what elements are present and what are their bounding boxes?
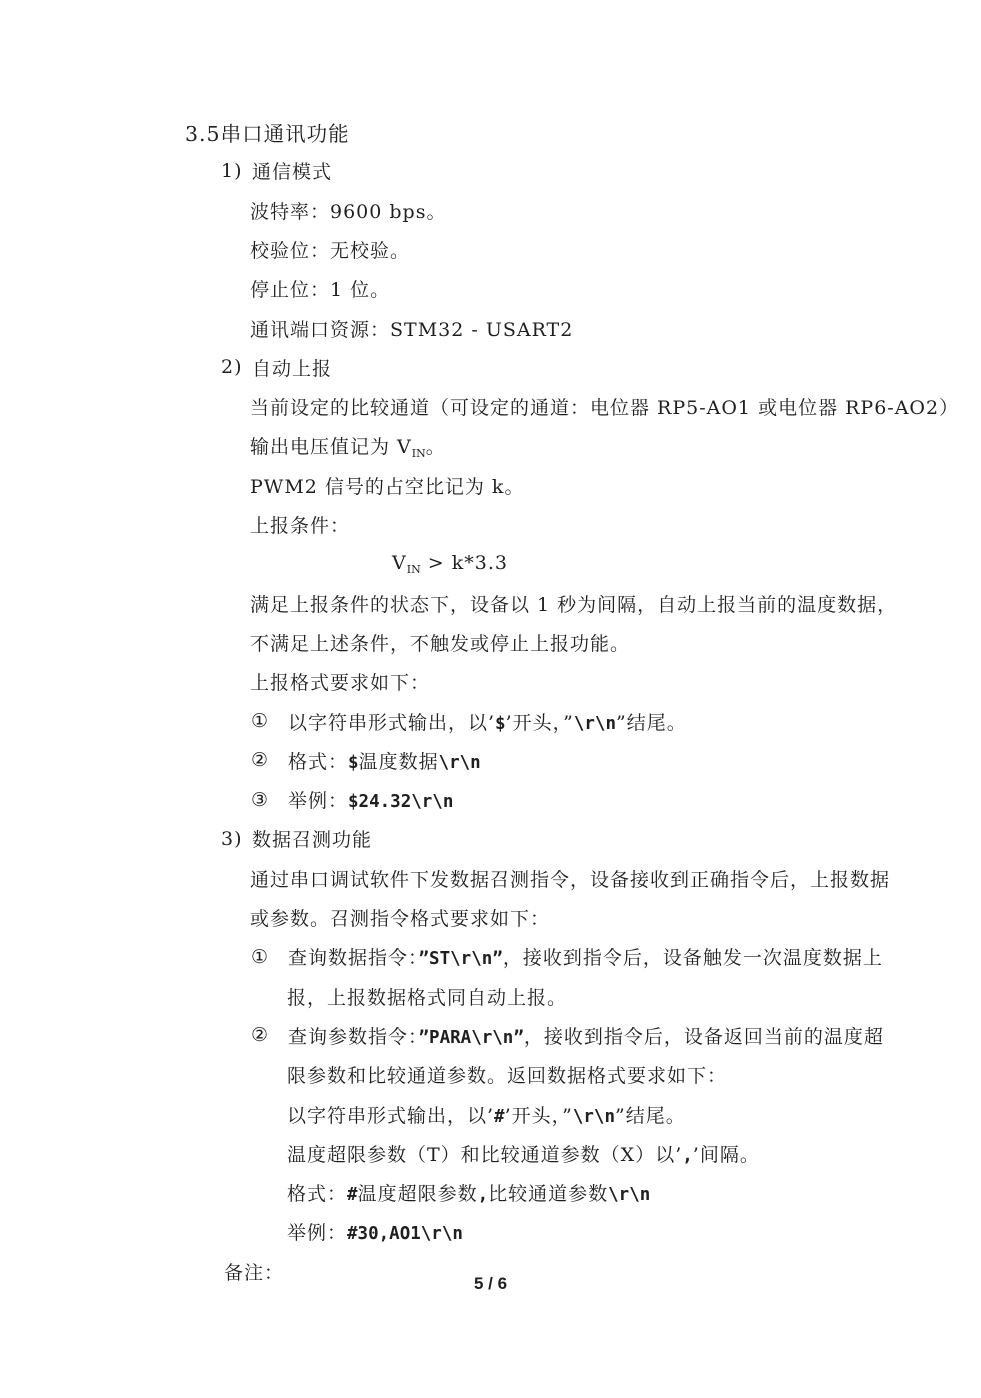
paragraph-line: 波特率：9600 bps。: [0, 191, 981, 230]
continuation-line: 限参数和比较通道参数。返回数据格式要求如下：: [0, 1055, 981, 1094]
paragraph-line: 当前设定的比较通道（可设定的通道：电位器 RP5-AO1 或电位器 RP6-AO…: [0, 387, 981, 426]
text-segments: 查询参数指令：”PARA\r\n”，接收到指令后，设备返回当前的温度超: [288, 1022, 884, 1049]
section-heading: 3.5串口通讯功能: [0, 112, 981, 151]
text-segment: 比较通道参数: [488, 1183, 608, 1205]
text-segments: 输出电压值记为 VIN。: [250, 432, 446, 460]
continuation-line: 温度超限参数（T）和比较通道参数（X）以’,’间隔。: [0, 1134, 981, 1173]
paragraph-line: PWM2 信号的占空比记为 k。: [0, 466, 981, 505]
text-segments: 举例：#30,AO1\r\n: [287, 1218, 463, 1245]
text-segments: 以字符串形式输出，以’#’开头，”\r\n”结尾。: [287, 1101, 686, 1128]
text-segment: 通过串口调试软件下发数据召测指令，设备接收到正确指令后，上报数据: [250, 869, 890, 891]
text-segments: 波特率：9600 bps。: [250, 197, 446, 224]
paragraph-line: 上报格式要求如下：: [0, 662, 981, 701]
text-segments: 或参数。召测指令格式要求如下：: [250, 904, 550, 931]
code-text: ,: [682, 1146, 693, 1166]
text-segment: 满足上报条件的状态下，设备以 1 秒为间隔，自动上报当前的温度数据，: [250, 594, 897, 616]
text-segment: 以字符串形式输出，以’: [287, 1105, 494, 1127]
code-text: \r\n: [608, 1185, 650, 1205]
paragraph-line: 满足上报条件的状态下，设备以 1 秒为间隔，自动上报当前的温度数据，: [0, 584, 981, 623]
text-segments: 格式：#温度超限参数,比较通道参数\r\n: [287, 1179, 650, 1206]
text-segments: 温度超限参数（T）和比较通道参数（X）以’,’间隔。: [287, 1140, 760, 1167]
circled-list-item: ③举例：$24.32\r\n: [0, 780, 981, 819]
list-marker: 2): [221, 356, 252, 378]
code-text: $: [495, 714, 506, 734]
paragraph-line: 输出电压值记为 VIN。: [0, 426, 981, 465]
document-page: 3.5串口通讯功能1)通信模式波特率：9600 bps。校验位：无校验。停止位：…: [0, 0, 981, 1398]
code-text: ,: [478, 1185, 489, 1205]
text-segment: > k*3.3: [421, 552, 508, 574]
list-marker: ①: [251, 946, 288, 968]
numbered-list-item: 2)自动上报: [0, 348, 981, 387]
continuation-line: 以字符串形式输出，以’#’开头，”\r\n”结尾。: [0, 1094, 981, 1133]
text-segment: 上报条件：: [250, 515, 350, 537]
text-segment: 波特率：9600 bps。: [250, 201, 446, 223]
list-marker: 1): [221, 160, 252, 182]
text-segments: 格式：$温度数据\r\n: [288, 747, 481, 774]
text-segments: 以字符串形式输出，以’$’开头，”\r\n”结尾。: [288, 708, 687, 735]
code-text: #30,AO1\r\n: [347, 1224, 463, 1244]
subscript-text: IN: [407, 563, 421, 576]
circled-list-item: ①以字符串形式输出，以’$’开头，”\r\n”结尾。: [0, 701, 981, 740]
text-segment: 。: [426, 436, 446, 458]
text-segment: ’间隔。: [693, 1144, 760, 1166]
text-segment: 举例：: [287, 1222, 347, 1244]
text-segment: 举例：: [288, 790, 348, 812]
text-segments: 查询数据指令：”ST\r\n”，接收到指令后，设备触发一次温度数据上: [288, 943, 883, 970]
paragraph-line: 上报条件：: [0, 505, 981, 544]
text-segments: 满足上报条件的状态下，设备以 1 秒为间隔，自动上报当前的温度数据，: [250, 590, 897, 617]
text-segment: ’开头，”: [506, 712, 574, 734]
text-segment: ’开头，”: [505, 1105, 573, 1127]
list-marker: ③: [251, 789, 288, 811]
code-text: ”ST\r\n”: [419, 949, 503, 969]
paragraph-line: 不满足上述条件，不触发或停止上报功能。: [0, 623, 981, 662]
text-segment: 当前设定的比较通道（可设定的通道：电位器 RP5-AO1 或电位器 RP6-AO…: [250, 397, 959, 419]
text-segment: ”结尾。: [616, 712, 687, 734]
text-segment: ，接收到指令后，设备返回当前的温度超: [524, 1026, 884, 1048]
text-segment: 温度数据: [359, 751, 439, 773]
text-segments: 通信模式: [252, 157, 332, 184]
paragraph-line: 通讯端口资源：STM32 - USART2: [0, 308, 981, 347]
code-text: $: [348, 753, 359, 773]
circled-list-item: ②格式：$温度数据\r\n: [0, 741, 981, 780]
subscript-text: IN: [412, 447, 426, 460]
text-segment: 不满足上述条件，不触发或停止上报功能。: [250, 633, 630, 655]
numbered-list-item: 3)数据召测功能: [0, 819, 981, 858]
text-segment: 通讯端口资源：STM32 - USART2: [250, 319, 573, 341]
code-text: ”PARA\r\n”: [419, 1028, 524, 1048]
numbered-list-item: 1)通信模式: [0, 151, 981, 190]
text-segments: 自动上报: [252, 354, 332, 381]
text-segments: 举例：$24.32\r\n: [288, 786, 453, 813]
text-segments: 不满足上述条件，不触发或停止上报功能。: [250, 629, 630, 656]
text-segments: 3.5串口通讯功能: [185, 117, 350, 147]
paragraph-line: 停止位：1 位。: [0, 269, 981, 308]
list-marker: ②: [251, 1024, 288, 1046]
text-segments: 通过串口调试软件下发数据召测指令，设备接收到正确指令后，上报数据: [250, 865, 890, 892]
continuation-line: 举例：#30,AO1\r\n: [0, 1212, 981, 1251]
code-text: \r\n: [573, 1107, 615, 1127]
text-segment: 上报格式要求如下：: [250, 672, 430, 694]
list-marker: 3): [221, 828, 252, 850]
text-segment: 或参数。召测指令格式要求如下：: [250, 908, 550, 930]
text-segments: 通讯端口资源：STM32 - USART2: [250, 315, 573, 342]
text-segment: 通信模式: [252, 161, 332, 183]
text-segment: PWM2 信号的占空比记为 k。: [250, 476, 524, 498]
text-segment: 格式：: [288, 751, 348, 773]
text-segments: 校验位：无校验。: [250, 236, 410, 263]
code-text: #: [347, 1185, 358, 1205]
page-number: 5 / 6: [0, 1274, 981, 1294]
continuation-line: 报，上报数据格式同自动上报。: [0, 977, 981, 1016]
paragraph-line: 通过串口调试软件下发数据召测指令，设备接收到正确指令后，上报数据: [0, 859, 981, 898]
text-segment: 查询数据指令：: [288, 947, 419, 969]
text-segment: 温度超限参数: [358, 1183, 478, 1205]
text-segments: VIN > k*3.3: [392, 552, 508, 576]
text-segment: 校验位：无校验。: [250, 240, 410, 262]
text-segments: PWM2 信号的占空比记为 k。: [250, 472, 524, 499]
text-segments: 限参数和比较通道参数。返回数据格式要求如下：: [287, 1061, 727, 1088]
text-segment: 3.5串口通讯功能: [185, 122, 350, 146]
text-segment: 报，上报数据格式同自动上报。: [287, 987, 567, 1009]
text-segments: 当前设定的比较通道（可设定的通道：电位器 RP5-AO1 或电位器 RP6-AO…: [250, 393, 959, 420]
circled-list-item: ①查询数据指令：”ST\r\n”，接收到指令后，设备触发一次温度数据上: [0, 937, 981, 976]
text-segments: 上报格式要求如下：: [250, 668, 430, 695]
text-segment: ，接收到指令后，设备触发一次温度数据上: [503, 947, 883, 969]
continuation-line: 格式：#温度超限参数,比较通道参数\r\n: [0, 1173, 981, 1212]
text-segments: 停止位：1 位。: [250, 275, 390, 302]
code-text: \r\n: [439, 753, 481, 773]
text-segment: 停止位：1 位。: [250, 279, 390, 301]
text-segment: 温度超限参数（T）和比较通道参数（X）以’: [287, 1144, 682, 1166]
text-segment: V: [392, 552, 407, 574]
text-segment: 输出电压值记为 V: [250, 436, 412, 458]
list-marker: ②: [251, 749, 288, 771]
text-segment: 查询参数指令：: [288, 1026, 419, 1048]
text-segment: 限参数和比较通道参数。返回数据格式要求如下：: [287, 1065, 727, 1087]
paragraph-line: 或参数。召测指令格式要求如下：: [0, 898, 981, 937]
formula-line: VIN > k*3.3: [0, 544, 981, 583]
paragraph-line: 校验位：无校验。: [0, 230, 981, 269]
text-segment: ”结尾。: [615, 1105, 686, 1127]
text-segments: 上报条件：: [250, 511, 350, 538]
list-marker: ①: [251, 710, 288, 732]
text-segment: 以字符串形式输出，以’: [288, 712, 495, 734]
text-segments: 数据召测功能: [252, 825, 372, 852]
circled-list-item: ②查询参数指令：”PARA\r\n”，接收到指令后，设备返回当前的温度超: [0, 1016, 981, 1055]
document-content: 3.5串口通讯功能1)通信模式波特率：9600 bps。校验位：无校验。停止位：…: [0, 0, 981, 1291]
text-segment: 数据召测功能: [252, 829, 372, 851]
code-text: $24.32\r\n: [348, 792, 453, 812]
code-text: #: [494, 1107, 505, 1127]
text-segments: 报，上报数据格式同自动上报。: [287, 983, 567, 1010]
text-segment: 自动上报: [252, 358, 332, 380]
text-segment: 格式：: [287, 1183, 347, 1205]
code-text: \r\n: [574, 714, 616, 734]
